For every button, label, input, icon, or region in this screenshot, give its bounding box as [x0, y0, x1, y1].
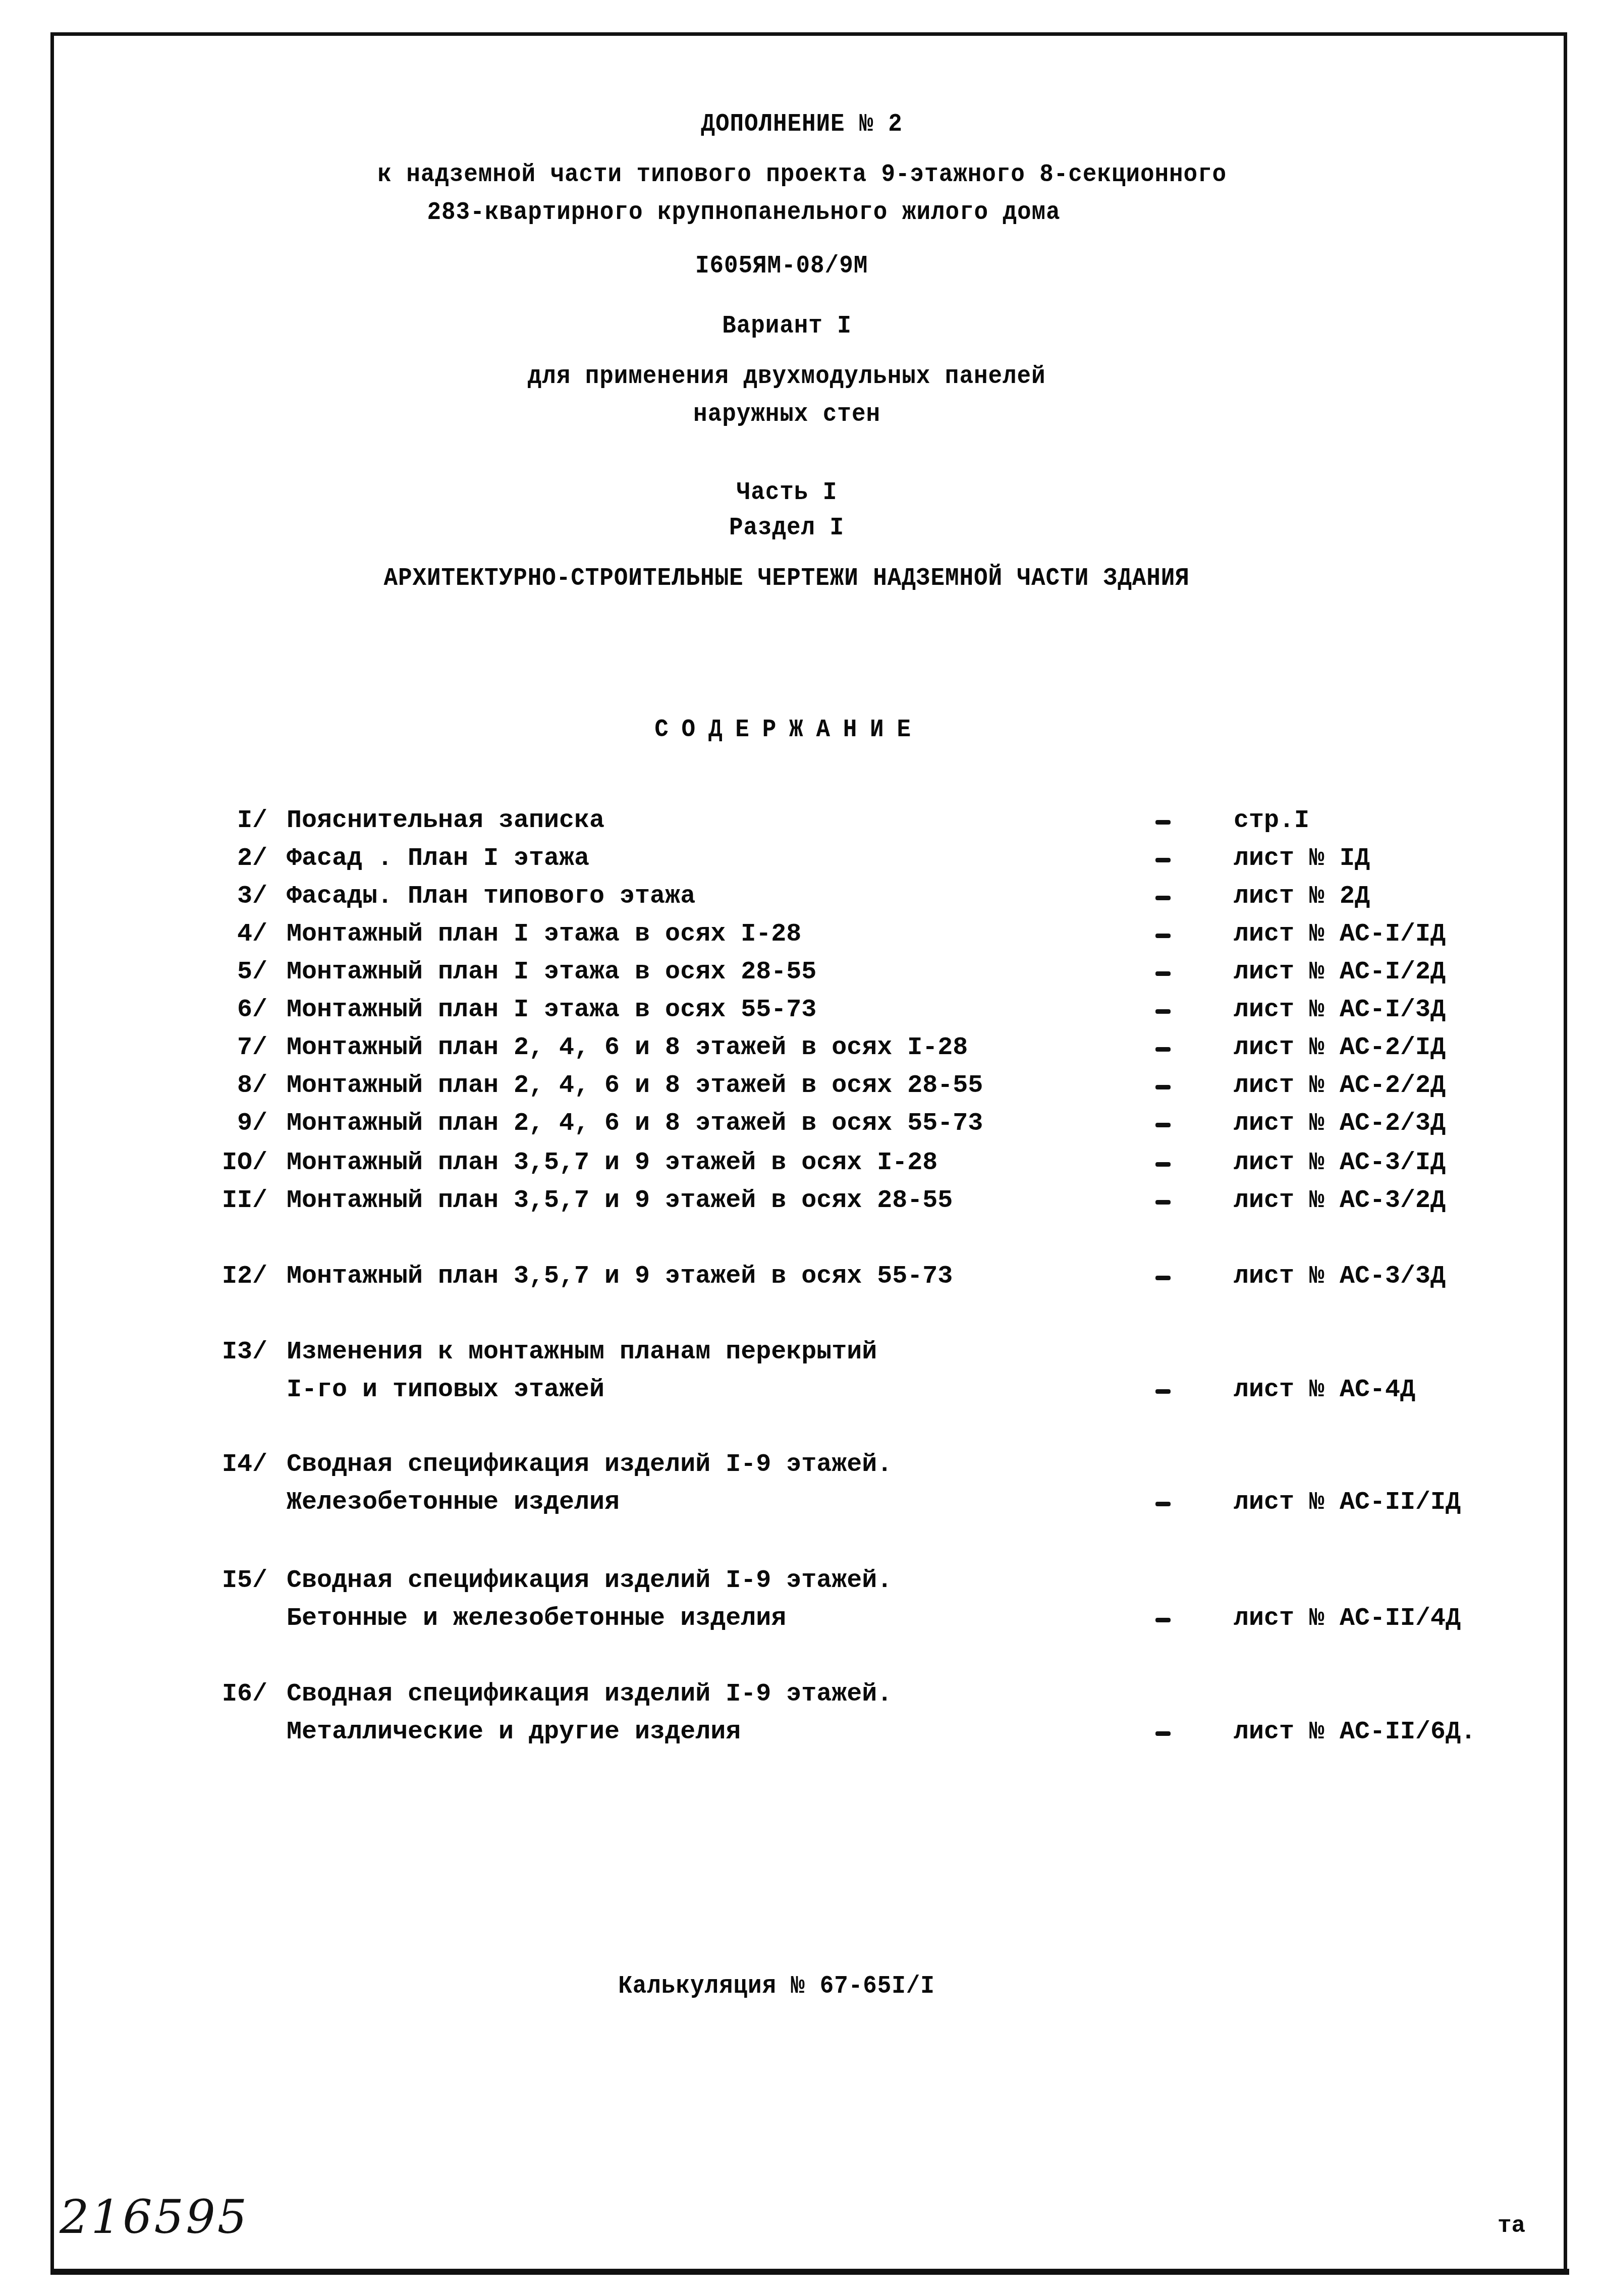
item-dash	[1155, 1618, 1171, 1622]
item-title-continued: Металлические и другие изделия	[287, 1720, 741, 1745]
item-dash	[1155, 1389, 1171, 1394]
item-dash	[1155, 1085, 1171, 1089]
item-number: 7/	[207, 1035, 267, 1061]
item-number: I6/	[207, 1682, 267, 1707]
page-border-bottom	[50, 2269, 1569, 2275]
purpose-line-1: для применения двухмодульных панелей	[0, 364, 1604, 390]
section-title: АРХИТЕКТУРНО-СТРОИТЕЛЬНЫЕ ЧЕРТЕЖИ НАДЗЕМ…	[0, 566, 1604, 591]
item-reference: лист № АС-II/4Д	[1234, 1606, 1461, 1631]
corner-mark: та	[1498, 2213, 1525, 2239]
calculation-number: Калькуляция № 67-65I/I	[0, 1974, 1604, 1999]
item-title: Фасады. План типового этажа	[287, 884, 695, 909]
subtitle-line-2-text: 283-квартирного крупнопанельного жилого …	[427, 200, 1061, 226]
item-title: Монтажный план I этажа в осях 28-55	[287, 960, 816, 985]
item-title: Монтажный план 3,5,7 и 9 этажей в осях I…	[287, 1151, 937, 1176]
item-title: Сводная спецификация изделий I-9 этажей.	[287, 1568, 892, 1594]
item-title: Изменения к монтажным планам перекрытий	[287, 1340, 877, 1365]
item-title: Монтажный план 3,5,7 и 9 этажей в осях 2…	[287, 1188, 953, 1214]
item-dash	[1155, 1731, 1171, 1736]
item-dash	[1155, 1123, 1171, 1127]
item-dash	[1155, 1200, 1171, 1205]
item-title: Монтажный план I этажа в осях I-28	[287, 922, 801, 947]
item-dash	[1155, 896, 1171, 900]
item-title: Сводная спецификация изделий I-9 этажей.	[287, 1452, 892, 1478]
item-title: Монтажный план 2, 4, 6 и 8 этажей в осях…	[287, 1035, 968, 1061]
calculation-number-text: Калькуляция № 67-65I/I	[619, 1974, 935, 1999]
item-number: I3/	[207, 1340, 267, 1365]
project-code-text: I605ЯМ-08/9М	[695, 254, 868, 279]
part-label-text: Часть I	[737, 480, 838, 506]
item-reference: лист № АС-4Д	[1234, 1378, 1415, 1403]
item-number: I5/	[207, 1568, 267, 1594]
item-number: I2/	[207, 1264, 267, 1289]
item-title: Фасад . План I этажа	[287, 846, 589, 871]
purpose-line-2-text: наружных стен	[693, 402, 880, 427]
variant-label-text: Вариант I	[722, 314, 852, 339]
item-title: Монтажный план 2, 4, 6 и 8 этажей в осях…	[287, 1073, 983, 1099]
item-reference: лист № АС-I/2Д	[1234, 960, 1446, 985]
document-title: ДОПОЛНЕНИЕ № 2	[0, 112, 1604, 137]
section-label: Раздел I	[0, 516, 1604, 541]
item-title-continued: I-го и типовых этажей	[287, 1378, 604, 1403]
subtitle-line-2: 283-квартирного крупнопанельного жилого …	[0, 200, 1604, 226]
item-dash	[1155, 934, 1171, 938]
item-title: Монтажный план I этажа в осях 55-73	[287, 998, 816, 1023]
item-reference: лист № АС-I/3Д	[1234, 998, 1446, 1023]
item-reference: лист № АС-2/2Д	[1234, 1073, 1446, 1099]
item-reference: стр.I	[1234, 808, 1309, 834]
part-label: Часть I	[0, 480, 1604, 506]
handwritten-archive-number: 216595	[60, 2190, 249, 2244]
item-number: 4/	[207, 922, 267, 947]
item-title: Сводная спецификация изделий I-9 этажей.	[287, 1682, 892, 1707]
item-reference: лист № АС-3/IД	[1234, 1151, 1446, 1176]
item-number: 8/	[207, 1073, 267, 1099]
item-title: Пояснительная записка	[287, 808, 604, 834]
subtitle-line-1: к надземной части типового проекта 9-эта…	[0, 162, 1604, 188]
item-number: 2/	[207, 846, 267, 871]
purpose-line-1-text: для применения двухмодульных панелей	[528, 364, 1046, 390]
item-title: Монтажный план 3,5,7 и 9 этажей в осях 5…	[287, 1264, 953, 1289]
item-number: 3/	[207, 884, 267, 909]
item-number: I4/	[207, 1452, 267, 1478]
item-reference: лист № АС-3/3Д	[1234, 1264, 1446, 1289]
purpose-line-2: наружных стен	[0, 402, 1604, 427]
item-reference: лист № АС-II/IД	[1234, 1490, 1461, 1515]
item-number: 5/	[207, 960, 267, 985]
contents-heading-text: СОДЕРЖАНИЕ	[655, 718, 924, 743]
subtitle-line-1-text: к надземной части типового проекта 9-эта…	[377, 162, 1227, 188]
item-reference: лист № АС-2/IД	[1234, 1035, 1446, 1061]
item-number: 6/	[207, 998, 267, 1023]
item-number: I/	[207, 808, 267, 834]
section-label-text: Раздел I	[729, 516, 844, 541]
item-dash	[1155, 1502, 1171, 1506]
document-title-text: ДОПОЛНЕНИЕ № 2	[701, 112, 903, 137]
item-dash	[1155, 1162, 1171, 1167]
project-code: I605ЯМ-08/9М	[0, 254, 1604, 279]
item-reference: лист № АС-I/IД	[1234, 922, 1446, 947]
item-reference: лист № АС-2/3Д	[1234, 1111, 1446, 1136]
item-dash	[1155, 1276, 1171, 1280]
item-dash	[1155, 1047, 1171, 1052]
variant-label: Вариант I	[0, 314, 1604, 339]
contents-heading: СОДЕРЖАНИЕ	[0, 718, 1604, 743]
item-reference: лист № 2Д	[1234, 884, 1370, 909]
item-reference: лист № АС-3/2Д	[1234, 1188, 1446, 1214]
item-dash	[1155, 1009, 1171, 1014]
item-number: 9/	[207, 1111, 267, 1136]
item-reference: лист № IД	[1234, 846, 1370, 871]
item-dash	[1155, 858, 1171, 862]
item-number: II/	[207, 1188, 267, 1214]
item-title: Монтажный план 2, 4, 6 и 8 этажей в осях…	[287, 1111, 983, 1136]
item-dash	[1155, 820, 1171, 825]
section-title-text: АРХИТЕКТУРНО-СТРОИТЕЛЬНЫЕ ЧЕРТЕЖИ НАДЗЕМ…	[384, 566, 1190, 591]
item-number: IO/	[207, 1151, 267, 1176]
item-dash	[1155, 971, 1171, 976]
item-title-continued: Железобетонные изделия	[287, 1490, 620, 1515]
item-reference: лист № АС-II/6Д.	[1234, 1720, 1476, 1745]
item-title-continued: Бетонные и железобетонные изделия	[287, 1606, 786, 1631]
